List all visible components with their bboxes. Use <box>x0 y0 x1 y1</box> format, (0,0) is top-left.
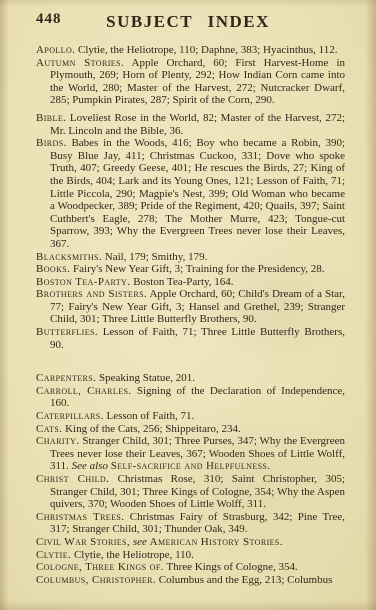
entry-headword: Christmas Trees. <box>36 511 124 523</box>
index-section-C: Carpenters. Speaking Statue, 201.Carroll… <box>36 372 345 586</box>
entry-headword: Carroll, Charles. <box>36 385 131 397</box>
entry-headword: Caterpillars. <box>36 410 104 422</box>
page-number: 448 <box>36 11 62 28</box>
entry-headword: Civil War Stories, <box>36 536 130 548</box>
entry-headword: Christ Child. <box>36 473 109 485</box>
entry-headword: Cologne, Three Kings of. <box>36 561 164 573</box>
index-entry: Bible. Loveliest Rose in the World, 82; … <box>36 112 345 137</box>
index-entry: Boston Tea-Party. Boston Tea-Party, 164. <box>36 276 345 289</box>
index-entry: Christ Child. Christmas Rose, 310; Saint… <box>36 473 345 511</box>
index-entry: Blacksmiths. Nail, 179; Smithy, 179. <box>36 251 345 264</box>
entry-titles: Loveliest Rose in the World, 82; Master … <box>50 112 345 137</box>
entry-titles: Babes in the Woods, 416; Boy who became … <box>50 137 345 250</box>
index-entry: Civil War Stories, see American History … <box>36 536 345 549</box>
entry-headword: Autumn Stories. <box>36 57 124 69</box>
entry-headword: Boston Tea-Party. <box>36 276 130 288</box>
index-entry: Charity. Stranger Child, 301; Three Purs… <box>36 435 345 473</box>
index-section-A: Apollo. Clytie, the Heliotrope, 110; Dap… <box>36 44 345 107</box>
index-entry: Columbus, Christopher. Columbus and the … <box>36 574 345 587</box>
index-entry: Brothers and Sisters. Apple Orchard, 60;… <box>36 288 345 326</box>
entry-headword: Birds. <box>36 137 67 149</box>
index-entry: Butterflies. Lesson of Faith, 71; Three … <box>36 326 345 351</box>
entry-titles: Three Kings of Cologne, 354. <box>164 561 298 573</box>
index-entry: Birds. Babes in the Woods, 416; Boy who … <box>36 137 345 250</box>
entry-headword: Butterflies. <box>36 326 98 338</box>
entry-titles: Columbus and the Egg, 213; Columbus <box>156 574 332 586</box>
entry-titles: Boston Tea-Party, 164. <box>130 276 233 288</box>
index-entry: Cologne, Three Kings of. Three Kings of … <box>36 561 345 574</box>
index-entry: Carpenters. Speaking Statue, 201. <box>36 372 345 385</box>
entry-titles: King of the Cats, 256; Shippeitaro, 234. <box>62 423 240 435</box>
entry-titles: Fairy's New Year Gift, 3; Training for t… <box>70 263 324 275</box>
entry-headword: Apollo. <box>36 44 75 56</box>
entry-headword: Blacksmiths. <box>36 251 102 263</box>
index-section-B: Bible. Loveliest Rose in the World, 82; … <box>36 112 345 351</box>
entry-titles: Speaking Statue, 201. <box>96 372 195 384</box>
entry-headword: Bible. <box>36 112 66 124</box>
entry-headword: Brothers and Sisters. <box>36 288 147 300</box>
entry-headword: Carpenters. <box>36 372 96 384</box>
entry-titles: Nail, 179; Smithy, 179. <box>102 251 207 263</box>
index-entry: Autumn Stories. Apple Orchard, 60; First… <box>36 57 345 107</box>
entry-titles: Clytie, the Heliotrope, 110. <box>71 549 194 561</box>
entry-headword: Clytie. <box>36 549 71 561</box>
index-entry: Clytie. Clytie, the Heliotrope, 110. <box>36 549 345 562</box>
entry-headword: Books. <box>36 263 70 275</box>
index-entry: Apollo. Clytie, the Heliotrope, 110; Dap… <box>36 44 345 57</box>
page-header: 448 SUBJECT INDEX <box>0 0 376 38</box>
index-entry: Cats. King of the Cats, 256; Shippeitaro… <box>36 423 345 436</box>
index-entry: Books. Fairy's New Year Gift, 3; Trainin… <box>36 263 345 276</box>
index-entries: Apollo. Clytie, the Heliotrope, 110; Dap… <box>0 38 376 586</box>
cross-reference-word: see <box>133 536 147 548</box>
cross-reference-word: See also <box>72 460 108 472</box>
entry-headword: Cats. <box>36 423 62 435</box>
index-entry: Caterpillars. Lesson of Faith, 71. <box>36 410 345 423</box>
index-entry: Carroll, Charles. Signing of the Declara… <box>36 385 345 410</box>
index-entry: Christmas Trees. Christmas Fairy of Stra… <box>36 511 345 536</box>
entry-titles: Clytie, the Heliotrope, 110; Daphne, 383… <box>75 44 337 56</box>
cross-reference-target: American History Stories. <box>150 536 283 548</box>
entry-headword: Columbus, Christopher. <box>36 574 156 586</box>
entry-headword: Charity. <box>36 435 80 447</box>
book-page: 448 SUBJECT INDEX Apollo. Clytie, the He… <box>0 0 376 610</box>
entry-titles: Lesson of Faith, 71. <box>104 410 194 422</box>
cross-reference-target: Self-sacrifice and Helpfulness. <box>111 460 271 472</box>
